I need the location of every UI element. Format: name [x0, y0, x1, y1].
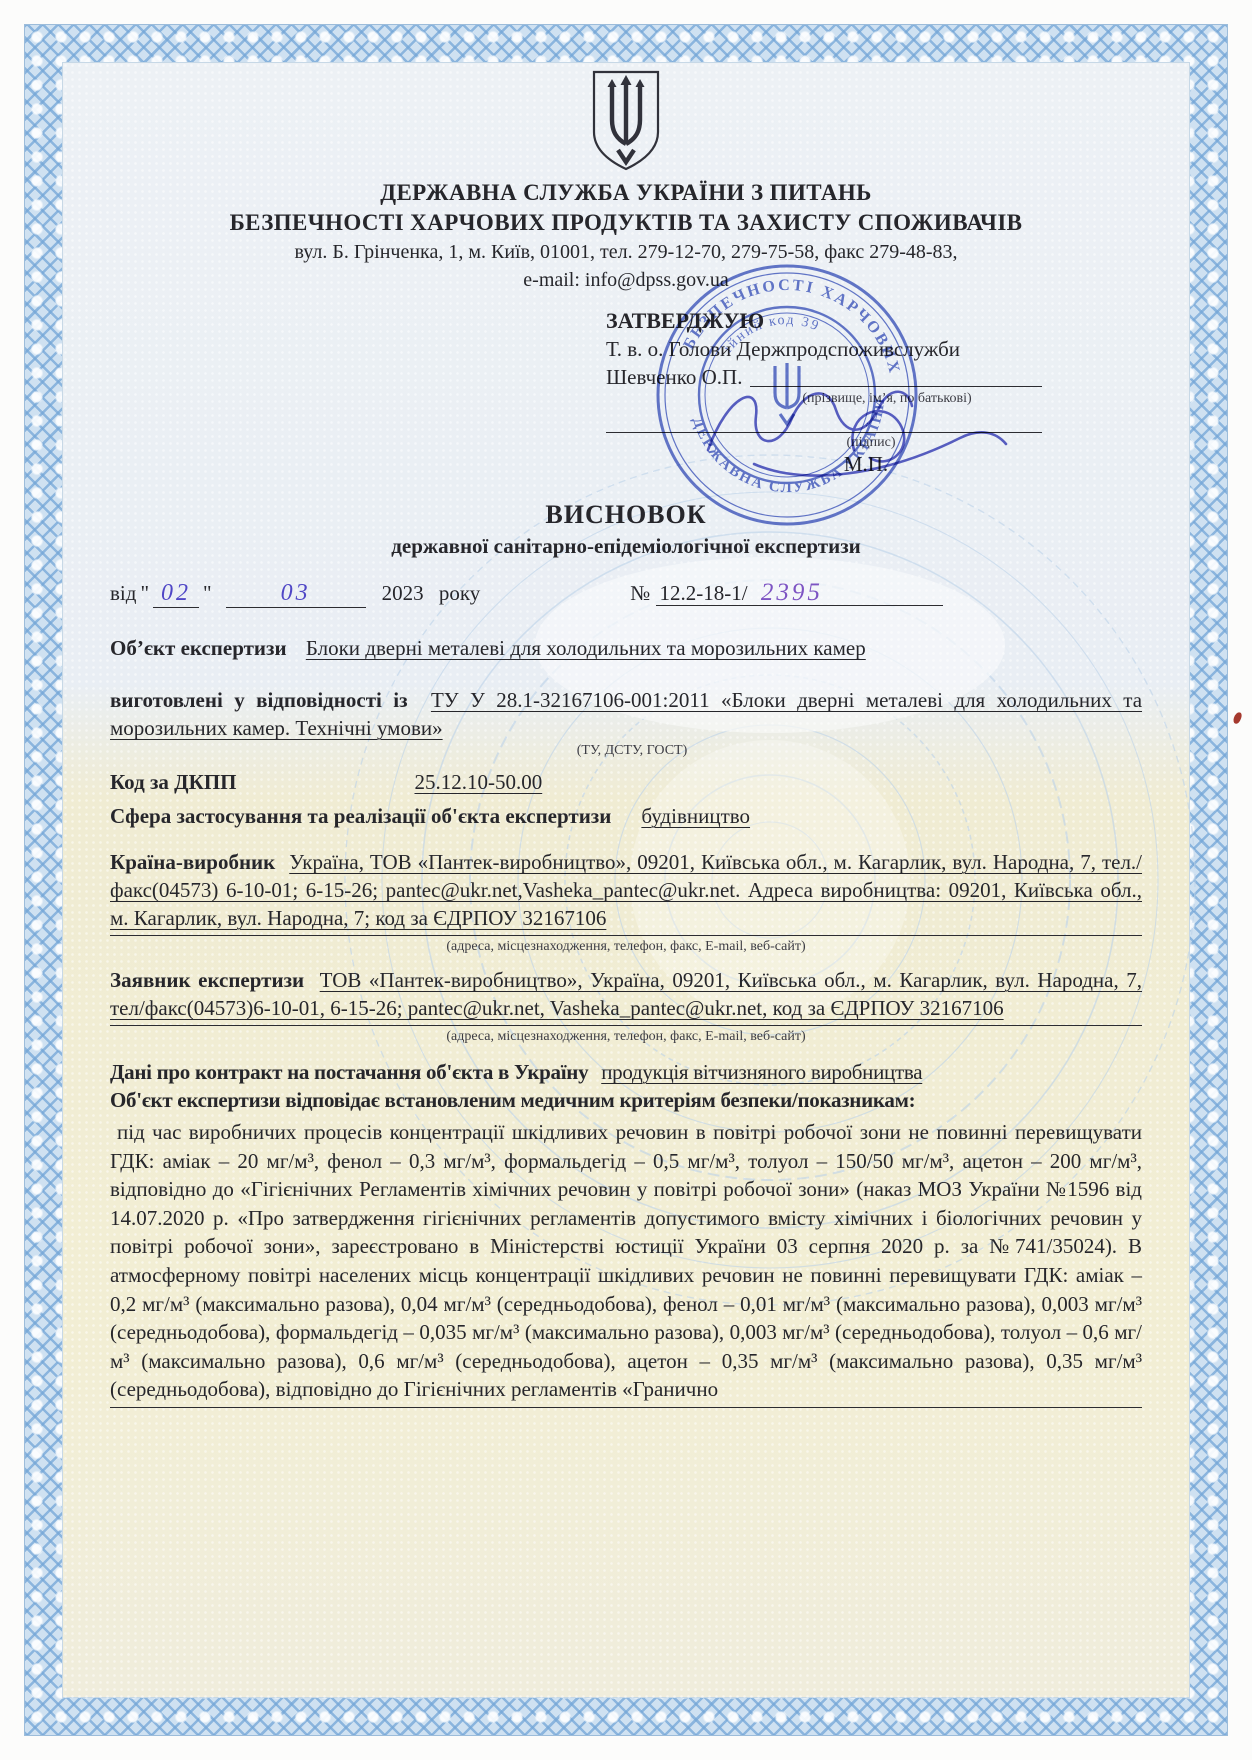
number-group: № 12.2-18-1/ 2395 — [630, 579, 943, 607]
object-label: Об’єкт експертизи — [110, 636, 287, 660]
conformity-heading: Об'єкт експертизи відповідає встановлени… — [110, 1086, 1142, 1114]
scope-value: будівництво — [641, 802, 750, 830]
applicant-caption: (адреса, місцезнаходження, телефон, факс… — [110, 1025, 1142, 1044]
object-value: Блоки дверні металеві для холодильних та… — [306, 636, 866, 660]
agency-name-line2: БЕЗПЕЧНОСТІ ХАРЧОВИХ ПРОДУКТІВ ТА ЗАХИСТ… — [110, 208, 1142, 237]
stamp-inner-text: ійний код 39 — [721, 313, 822, 356]
year: 2023 — [382, 581, 424, 605]
handwritten-number: 2395 — [761, 579, 823, 606]
made-per-label: виготовлені у відповідності із — [110, 688, 408, 712]
agency-address: вул. Б. Грінченка, 1, м. Київ, 01001, те… — [110, 240, 1142, 265]
open-quote: " — [140, 581, 149, 606]
handwritten-day: 02 — [153, 580, 199, 608]
close-quote: " — [203, 581, 212, 606]
manufacturer-label: Країна-виробник — [110, 850, 275, 874]
document-subtitle: державної санітарно-епідеміологічної екс… — [110, 534, 1142, 559]
manufacturer-section: Країна-виробник Україна, ТОВ «Пантек-вир… — [110, 848, 1142, 932]
number-field: 12.2-18-1/ 2395 — [656, 581, 943, 606]
made-per-caption: (ТУ, ДСТУ, ГОСТ) — [502, 743, 762, 758]
object-section: Об’єкт експертизи Блоки дверні металеві … — [110, 634, 1142, 662]
document-title: ВИСНОВОК — [110, 500, 1142, 530]
contract-section: Дані про контракт на постачання об'єкта … — [110, 1058, 1142, 1086]
svg-text:ійний код 39: ійний код 39 — [721, 313, 822, 356]
dkpp-section: Код за ДКПП 25.12.10-50.00 — [110, 768, 1142, 796]
date-number-line: від " 02 " 03 2023 року № 12.2-18-1/ 239… — [110, 579, 1142, 608]
made-per-section: виготовлені у відповідності із ТУ У 28.1… — [110, 686, 1142, 742]
applicant-section: Заявник експертизи ТОВ «Пантек-виробницт… — [110, 966, 1142, 1022]
applicant-label: Заявник експертизи — [110, 968, 304, 992]
document-body: ДЕРЖАВНА СЛУЖБА УКРАЇНИ З ПИТАНЬ БЕЗПЕЧН… — [62, 62, 1190, 1698]
handwritten-signature — [694, 354, 1024, 504]
dkpp-value: 25.12.10-50.00 — [414, 768, 542, 796]
contract-value: продукція вітчизняного виробництва — [601, 1060, 922, 1084]
contract-label: Дані про контракт на постачання об'єкта … — [110, 1060, 588, 1084]
handwritten-month: 03 — [226, 580, 366, 608]
year-group: 2023 року — [382, 581, 481, 606]
scope-label: Сфера застосування та реалізації об'єкта… — [110, 802, 611, 830]
number-prefix: 12.2-18-1/ — [660, 581, 748, 605]
manufacturer-caption: (адреса, місцезнаходження, телефон, факс… — [110, 935, 1142, 954]
date-from-label: від — [110, 581, 136, 606]
conformity-heading-text: Об'єкт експертизи відповідає встановлени… — [110, 1088, 915, 1112]
certificate-page: ДЕРЖАВНА СЛУЖБА УКРАЇНИ З ПИТАНЬ БЕЗПЕЧН… — [0, 0, 1252, 1760]
dkpp-label: Код за ДКПП — [110, 768, 236, 796]
scope-section: Сфера застосування та реалізації об'єкта… — [110, 802, 1142, 830]
agency-name-line1: ДЕРЖАВНА СЛУЖБА УКРАЇНИ З ПИТАНЬ — [110, 178, 1142, 207]
red-ink-speck — [1232, 711, 1242, 725]
expertise-body-text: під час виробничих процесів концентрації… — [110, 1118, 1142, 1408]
year-suffix: року — [439, 581, 480, 605]
agency-email: e-mail: info@dpss.gov.ua — [110, 268, 1142, 293]
number-sign: № — [630, 581, 650, 605]
ukraine-trident-emblem — [589, 68, 663, 174]
document-content: ДЕРЖАВНА СЛУЖБА УКРАЇНИ З ПИТАНЬ БЕЗПЕЧН… — [62, 62, 1190, 1698]
